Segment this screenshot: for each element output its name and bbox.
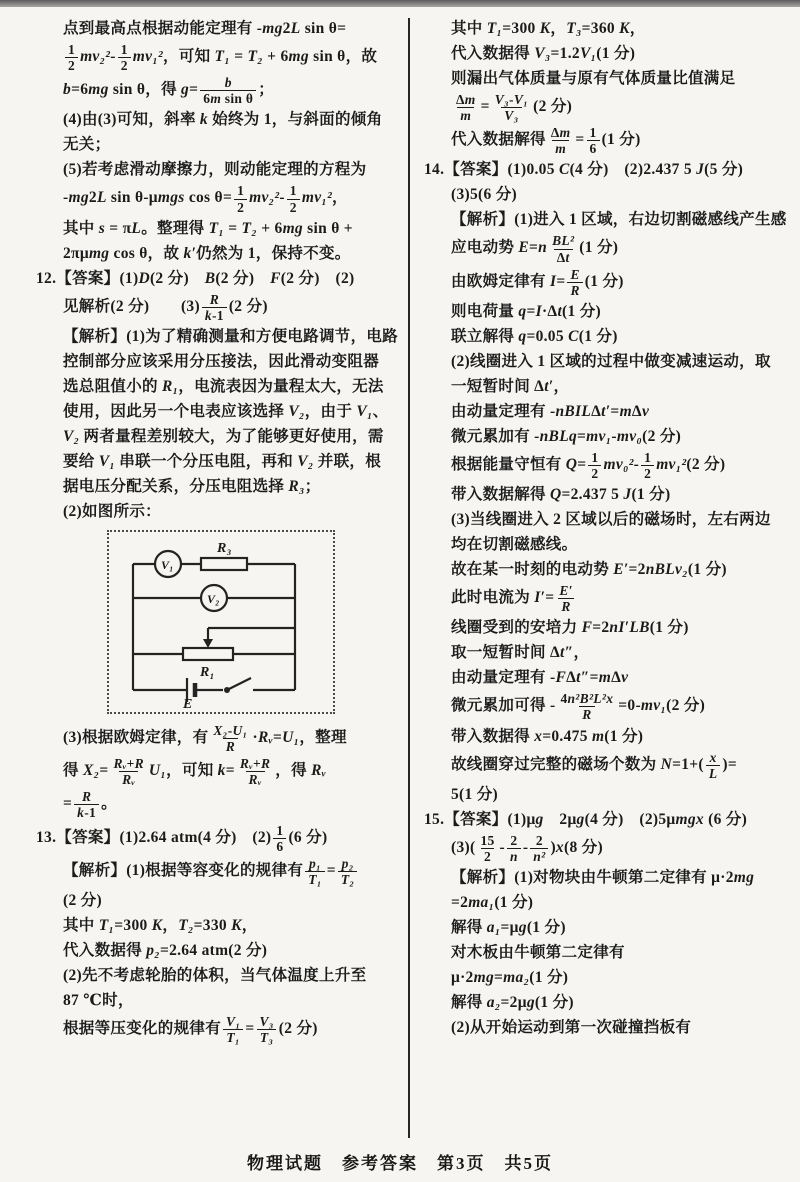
text-line: (2)线圈进入 1 区域的过程中做变减速运动，取 (424, 349, 788, 374)
text-line: 由动量定理有 -nBILΔt′=mΔv (424, 399, 788, 424)
fraction-denominator: T₁ (223, 1029, 243, 1045)
fraction-numerator: R (79, 789, 94, 804)
fraction-numerator: V₃ (256, 1014, 276, 1029)
text-line: (2)从开始运动到第一次碰撞挡板有 (424, 1015, 788, 1040)
fraction-denominator: V₃ (501, 107, 521, 123)
fraction-denominator: L (706, 765, 721, 781)
text-line: 均在切割磁感线。 (424, 532, 788, 557)
fraction-denominator: Δt (554, 249, 573, 265)
potentiometer-r1-label: R₁ (199, 665, 215, 680)
fraction: V₁T₁ (223, 1014, 243, 1045)
fraction-denominator: n (507, 848, 521, 864)
fraction-denominator: n² (530, 848, 548, 864)
fraction-numerator: BL² (549, 233, 577, 248)
text-line: 根据能量守恒有 Q=12mv₀²-12mv₁²(2 分) (424, 449, 788, 482)
fraction-denominator: 6 (273, 838, 286, 854)
fraction-denominator: R (567, 282, 582, 298)
photo-top-edge (0, 0, 800, 7)
fraction: V₃-V₁V₃ (492, 92, 531, 123)
fraction-numerator: 1 (118, 42, 131, 57)
fraction-denominator: 2 (588, 465, 601, 481)
text-line: (5)若考虑滑动摩擦力，则动能定理的方程为 (36, 157, 406, 182)
fraction-denominator: Rᵥ (246, 771, 265, 787)
fraction: ER (567, 267, 582, 298)
fraction-denominator: k-1 (74, 804, 99, 820)
fraction-numerator: 1 (588, 450, 601, 465)
text-line: 此时电流为 I′=E′R (424, 582, 788, 615)
text-line: 无关； (36, 132, 406, 157)
fraction-denominator: R (223, 738, 238, 754)
text-line: 对木板由牛顿第二定律有 (424, 940, 788, 965)
fraction: Rk-1 (202, 292, 227, 323)
text-line: 见解析(2 分) (3)Rk-1(2 分) (36, 291, 406, 324)
fraction-numerator: V₃-V₁ (492, 92, 531, 107)
fraction-numerator: E (567, 267, 582, 282)
fraction: X₂-U₁R (210, 723, 250, 754)
fraction: 12 (65, 42, 78, 73)
text-line: (2)如图所示： (36, 499, 406, 524)
fraction-denominator: T₂ (338, 871, 358, 887)
text-line: =Rk-1。 (36, 788, 406, 821)
fraction: 16 (273, 823, 286, 854)
text-line: 代入数据得 p₂=2.64 atm(2 分) (36, 938, 406, 963)
text-line: (3)(152-2n-2n²)x(8 分) (424, 832, 788, 865)
fraction: 2n² (530, 833, 548, 864)
fraction: Rᵥ+RRᵥ (237, 756, 273, 787)
text-line: 则漏出气体质量与原有气体质量比值满足 (424, 66, 788, 91)
fraction: BL²Δt (549, 233, 577, 264)
fraction-denominator: 2 (481, 848, 494, 864)
fraction: 12 (118, 42, 131, 73)
text-line: 13.【答案】(1)2.64 atm(4 分) (2)16(6 分) (36, 822, 406, 855)
fraction: 152 (477, 833, 497, 864)
text-line: 微元累加有 -nBLq=mv₁-mv₀(2 分) (424, 424, 788, 449)
fraction: E′R (556, 583, 575, 614)
fraction: Rᵥ+RRᵥ (110, 756, 146, 787)
fraction: V₃T₃ (256, 1014, 276, 1045)
fraction-denominator: 6m sin θ (200, 90, 256, 106)
circuit-diagram: V₁ R₃ V₂ R₁ E (107, 530, 335, 714)
fraction-numerator: 1 (65, 42, 78, 57)
text-line: 则电荷量 q=I·Δt(1 分) (424, 299, 788, 324)
fraction-numerator: p₁ (306, 856, 324, 871)
fraction-denominator: 2 (234, 199, 247, 215)
fraction: 2n (507, 833, 521, 864)
text-line: (3)根据欧姆定律，有X₂-U₁R·Rᵥ=U₁，整理 (36, 722, 406, 755)
text-line: 由欧姆定律有 I=ER(1 分) (424, 266, 788, 299)
text-line: 一短暂时间 Δt′， (424, 374, 788, 399)
text-line: 12.【答案】(1)D(2 分) B(2 分) F(2 分) (2) (36, 266, 406, 291)
fraction-numerator: Δm (548, 125, 574, 140)
text-line: 故线圈穿过完整的磁场个数为 N=1+(xL)= (424, 749, 788, 782)
fraction-numerator: Rᵥ+R (110, 756, 146, 771)
text-line: 据电压分配关系，分压电阻选择 R₃； (36, 474, 406, 499)
text-line: 微元累加可得 -4n²B²L²xR=0-mv₁(2 分) (424, 690, 788, 723)
fraction-numerator: V₁ (223, 1014, 243, 1029)
circuit-svg: V₁ R₃ V₂ R₁ E (115, 540, 313, 708)
resistor-r3-icon (201, 558, 247, 570)
fraction-numerator: 1 (587, 125, 600, 140)
fraction: p₁T₁ (305, 856, 325, 887)
answer-sheet-page: 点到最高点根据动能定理有 -mg2L sin θ=12mv₂²-12mv₁²，可… (0, 0, 800, 1182)
text-line: 带入数据得 x=0.475 m(1 分) (424, 724, 788, 749)
text-line: 【解析】(1)进入 1 区域，右边切割磁感线产生感 (424, 207, 788, 232)
text-line: 12mv₂²-12mv₁²，可知 T₁ = T₂ + 6mg sin θ，故 (36, 41, 406, 74)
fraction-numerator: b (222, 75, 235, 90)
text-line: 其中 T₁=300 K，T₂=330 K， (36, 913, 406, 938)
text-line: 14.【答案】(1)0.05 C(4 分) (2)2.437 5 J(5 分) (424, 157, 788, 182)
text-line: 代入数据得 V₃=1.2V₁(1 分) (424, 41, 788, 66)
page-footer: 物理试题 参考答案 第3页 共5页 (0, 1149, 800, 1174)
fraction-numerator: x (707, 750, 720, 765)
fraction-denominator: 2 (65, 57, 78, 73)
text-line: 解得 a₂=2μg(1 分) (424, 990, 788, 1015)
text-line: 15.【答案】(1)μg 2μg(4 分) (2)5μmgx (6 分) (424, 807, 788, 832)
text-line: 87 ℃时， (36, 988, 406, 1013)
text-line: 根据等压变化的规律有V₁T₁=V₃T₃(2 分) (36, 1013, 406, 1046)
fraction-denominator: 2 (641, 465, 654, 481)
fraction: p₂T₂ (338, 856, 358, 887)
fraction: Δmm (548, 125, 574, 156)
text-line: (4)由(3)可知，斜率 k 始终为 1，与斜面的倾角 (36, 107, 406, 132)
fraction-numerator: Δm (453, 92, 479, 107)
fraction-numerator: 2 (533, 833, 546, 848)
fraction: b6m sin θ (200, 75, 256, 106)
resistor-r3-label: R₃ (216, 541, 232, 556)
column-divider (408, 18, 410, 1138)
text-line: 代入数据解得Δmm=16(1 分) (424, 124, 788, 157)
text-line: 线圈受到的安培力 F=2nI′LB(1 分) (424, 615, 788, 640)
text-line: 【解析】(1)为了精确测量和方便电路调节，电路 (36, 324, 406, 349)
fraction-numerator: X₂-U₁ (210, 723, 250, 738)
text-line: 点到最高点根据动能定理有 -mg2L sin θ= (36, 16, 406, 41)
text-line: 5(1 分) (424, 782, 788, 807)
text-line: =2ma₁(1 分) (424, 890, 788, 915)
fraction: Rk-1 (74, 789, 99, 820)
fraction: 12 (234, 183, 247, 214)
fraction: 4n²B²L²xR (557, 691, 616, 722)
text-line: b=6mg sin θ，得 g=b6m sin θ； (36, 74, 406, 107)
text-line: 其中 T₁=300 K，T₃=360 K， (424, 16, 788, 41)
fraction-denominator: R (579, 706, 594, 722)
fraction-numerator: 1 (273, 823, 286, 838)
fraction-numerator: 2 (507, 833, 520, 848)
text-line: -mg2L sin θ-μmgs cos θ=12mv₂²-12mv₁²， (36, 182, 406, 215)
text-line: 故在某一时刻的电动势 E′=2nBLv₂(1 分) (424, 557, 788, 582)
fraction-denominator: m (457, 107, 474, 123)
text-line: (2 分) (36, 888, 406, 913)
switch-blade-icon (229, 678, 251, 689)
voltmeter-v1-label: V₁ (161, 558, 174, 572)
fraction-denominator: Rᵥ (119, 771, 138, 787)
battery-e-label: E (182, 697, 193, 708)
text-line: 控制部分应该采用分压接法，因此滑动变阻器 (36, 349, 406, 374)
text-line: Δmm=V₃-V₁V₃(2 分) (424, 91, 788, 124)
wiper-arrow-icon (203, 639, 213, 648)
fraction-denominator: R (558, 598, 573, 614)
fraction-denominator: T₁ (305, 871, 325, 887)
voltmeter-v2-label: V₂ (207, 592, 220, 606)
fraction: 12 (588, 450, 601, 481)
text-line: 【解析】(1)对物块由牛顿第二定律有 μ·2mg (424, 865, 788, 890)
fraction-numerator: 15 (477, 833, 497, 848)
text-line: (2)先不考虑轮胎的体积，当气体温度上升至 (36, 963, 406, 988)
text-line: 解得 a₁=μg(1 分) (424, 915, 788, 940)
text-line: 选总阻值小的 R₁，电流表因为量程太大，无法 (36, 374, 406, 399)
fraction-denominator: T₃ (257, 1029, 277, 1045)
text-line: 得 X₂=Rᵥ+RRᵥU₁，可知 k=Rᵥ+RRᵥ，得 Rᵥ (36, 755, 406, 788)
text-line: 2πμmg cos θ，故 k′仍然为 1，保持不变。 (36, 241, 406, 266)
text-line: 取一短暂时间 Δt″， (424, 640, 788, 665)
fraction-denominator: 6 (587, 140, 600, 156)
potentiometer-r1-icon (183, 648, 233, 660)
text-line: V₂ 两者量程差别较大，为了能够更好使用，需 (36, 424, 406, 449)
fraction-numerator: p₂ (339, 856, 357, 871)
text-line: (3)当线圈进入 2 区域以后的磁场时，左右两边 (424, 507, 788, 532)
text-line: 应电动势 E=nBL²Δt(1 分) (424, 232, 788, 265)
fraction-numerator: 1 (641, 450, 654, 465)
fraction-numerator: 1 (287, 183, 300, 198)
fraction-numerator: E′ (556, 583, 575, 598)
text-line: 联立解得 q=0.05 C(1 分) (424, 324, 788, 349)
text-line: 其中 s = πL。整理得 T₁ = T₂ + 6mg sin θ + (36, 216, 406, 241)
text-line: (3)5(6 分) (424, 182, 788, 207)
text-line: 使用，因此另一个电表应该选择 V₂，由于 V₁、 (36, 399, 406, 424)
fraction-denominator: 2 (118, 57, 131, 73)
fraction-numerator: Rᵥ+R (237, 756, 273, 771)
fraction-numerator: R (207, 292, 222, 307)
fraction-denominator: m (552, 140, 569, 156)
left-column: 点到最高点根据动能定理有 -mg2L sin θ=12mv₂²-12mv₁²，可… (36, 16, 406, 1046)
fraction: Δmm (453, 92, 479, 123)
fraction: 12 (287, 183, 300, 214)
fraction: 12 (641, 450, 654, 481)
text-line: 要给 V₁ 串联一个分压电阻，再和 V₂ 并联，根 (36, 449, 406, 474)
text-line: 【解析】(1)根据等容变化的规律有p₁T₁=p₂T₂ (36, 855, 406, 888)
fraction: 16 (587, 125, 600, 156)
text-line: 由动量定理有 -FΔt″=mΔv (424, 665, 788, 690)
text-line: μ·2mg=ma₂(1 分) (424, 965, 788, 990)
fraction-numerator: 1 (234, 183, 247, 198)
fraction: xL (706, 750, 721, 781)
fraction-denominator: k-1 (202, 307, 227, 323)
fraction-numerator: 4n²B²L²x (557, 691, 616, 706)
fraction-denominator: 2 (287, 199, 300, 215)
text-line: 带入数据解得 Q=2.437 5 J(1 分) (424, 482, 788, 507)
right-column: 其中 T₁=300 K，T₃=360 K，代入数据得 V₃=1.2V₁(1 分)… (424, 16, 788, 1040)
